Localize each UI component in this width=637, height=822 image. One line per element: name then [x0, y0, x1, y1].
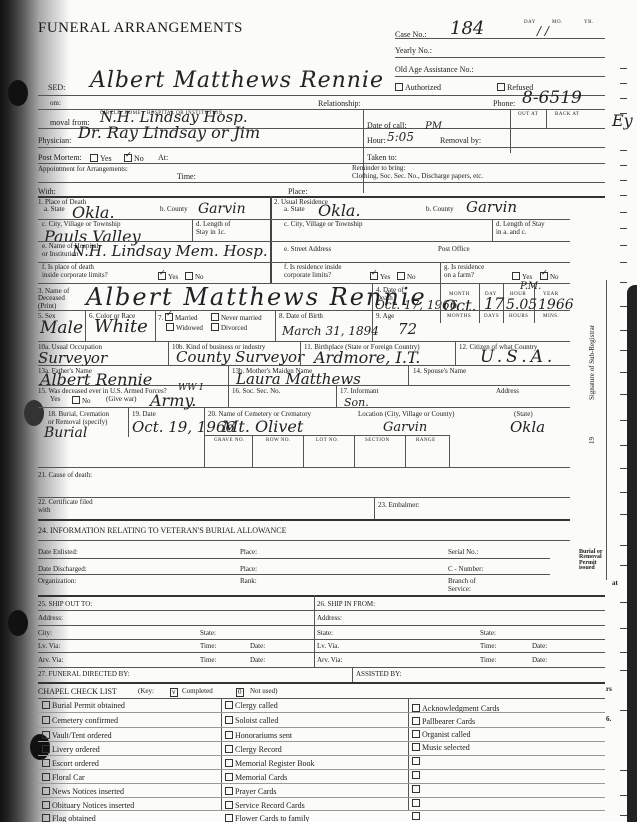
margin-tick [620, 565, 627, 566]
assisted-by-label: ASSISTED BY: [356, 671, 401, 678]
enlisted-place-label: Place: [240, 549, 257, 556]
age-label: 9. Age [376, 313, 394, 320]
checklist-item[interactable]: Pallbearer Cards [412, 717, 475, 726]
rule [270, 196, 272, 283]
checklist-item[interactable]: Honorariums sent [225, 731, 292, 740]
hour-value[interactable]: 5:05 [387, 131, 414, 143]
margin-tick [620, 628, 627, 629]
reminder-text: Clothing, Soc. Sec. No., Discharge paper… [352, 173, 483, 180]
checklist-item[interactable]: Service Record Cards [225, 801, 305, 810]
back-at-label: BACK AT [555, 112, 579, 117]
row-no-label: ROW NO. [266, 438, 291, 443]
checklist-item[interactable] [412, 757, 422, 766]
margin-tick [620, 602, 627, 603]
inside-limits-yes-checkbox[interactable]: Yes [158, 272, 178, 281]
hospital-value[interactable]: N.H. Lindsay Mem. Hosp. [72, 244, 268, 259]
yearly-no-label: Yearly No.: [395, 47, 432, 55]
post-office-label: Post Office [438, 246, 470, 253]
res-inside-yes-checkbox[interactable]: Yes [370, 272, 390, 281]
removal-by-label: Removal by: [440, 137, 481, 145]
ship-in-state-label: State: [317, 630, 333, 637]
farm-label: g. Is residence on a farm? [444, 264, 484, 279]
appointment-label: Appointment for Arrangements: [38, 166, 128, 173]
rule [275, 310, 276, 341]
margin-tick [620, 150, 627, 151]
case-no-value[interactable]: 184 [450, 20, 484, 38]
informant-label: 17. Informant [340, 388, 379, 395]
margin-tick [620, 545, 627, 546]
race-value[interactable]: White [94, 318, 148, 336]
checklist-heading: CHAPEL CHECK LIST [38, 688, 117, 696]
checklist-item[interactable]: Flower Cards to family [225, 814, 309, 822]
rule [440, 262, 441, 283]
rule [546, 109, 547, 128]
checklist-item[interactable]: Floral Car [42, 773, 85, 782]
mins-label: MINS. [543, 314, 559, 319]
divorced-checkbox[interactable]: Divorced [211, 323, 247, 332]
place-label: Place: [288, 188, 308, 196]
ship-out-lv-time-label: Time: [200, 643, 216, 650]
checklist-item[interactable]: Flag obtained [42, 814, 96, 822]
ship-in-state2-label: State: [480, 630, 496, 637]
appointment-time-label: Time: [177, 173, 196, 181]
rule [38, 574, 550, 575]
occupation-value[interactable]: Surveyor [38, 351, 107, 366]
checklist-item[interactable]: Burial Permit obtained [42, 701, 125, 710]
rule [374, 497, 375, 519]
res-county-value[interactable]: Garvin [466, 200, 517, 215]
organization-label: Organization: [38, 578, 76, 585]
res-length-label: d. Length of Stay in a. and c. [496, 221, 545, 236]
sub-registrar-label: Signature of Sub-Registrar [588, 325, 596, 400]
rule [395, 38, 605, 39]
range-label: RANGE [416, 438, 436, 443]
death-hour-suffix: P.M. [520, 282, 541, 292]
rule [395, 57, 605, 58]
ship-in-lv-via-label: Lv. Via. [317, 643, 339, 650]
rule [38, 667, 605, 668]
key-completed-glyph: v [170, 688, 178, 697]
certificate-label: 22. Certificate filed with [38, 499, 93, 514]
date19-value[interactable]: Oct. 19, 1966 [132, 420, 235, 435]
margin-tick [620, 350, 627, 351]
married-checkbox[interactable]: 7. Married [158, 313, 198, 322]
deceased-label: SED: [48, 84, 65, 92]
cemetery-state-label: (State) [514, 411, 533, 418]
checklist-item[interactable]: Escort ordered [42, 759, 99, 768]
ship-out-state-label: State: [200, 630, 216, 637]
rule [38, 810, 605, 811]
checklist-item[interactable]: Memorial Register Book [225, 759, 315, 768]
rule [440, 283, 441, 323]
rule [38, 365, 570, 366]
directed-by-label: 27. FUNERAL DIRECTED BY: [38, 671, 130, 678]
checklist-item[interactable] [412, 771, 422, 780]
ship-in-address-label: Address: [317, 615, 342, 622]
sex-value[interactable]: Male [40, 320, 83, 337]
checklist-item[interactable]: Clergy Record [225, 745, 282, 754]
rule [38, 182, 605, 183]
checklist-item[interactable] [412, 799, 422, 808]
margin-tick [620, 795, 627, 796]
authorized-checkbox[interactable]: Authorized [395, 83, 441, 92]
checklist-item[interactable]: Obituary Notices inserted [42, 801, 134, 810]
margin-tick [620, 670, 627, 671]
veteran-heading: 24. INFORMATION RELATING TO VETERAN'S BU… [38, 527, 286, 535]
margin-tick [620, 212, 627, 213]
rule [128, 407, 129, 437]
pm-yes-checkbox[interactable]: Yes [90, 154, 112, 163]
rule [38, 341, 570, 342]
hour-pm: PM [425, 122, 442, 132]
rule [38, 497, 570, 498]
deceased-value[interactable]: Albert Matthews Rennie [90, 70, 384, 92]
cause-label: 21. Cause of death: [38, 472, 92, 479]
rule [408, 365, 409, 385]
date19-label: 19. Date [132, 411, 156, 418]
armed-yes-checkbox[interactable]: Yes [50, 396, 60, 403]
rule [303, 435, 304, 467]
ship-in-lv-time-label: Time: [480, 643, 496, 650]
rule [38, 797, 605, 798]
rule [38, 783, 605, 784]
death-month-value[interactable]: Oct. [443, 298, 477, 314]
rule [38, 727, 605, 728]
rank-label: Rank: [240, 578, 257, 585]
hours-label: HOURS [509, 314, 528, 319]
margin-tick [620, 68, 627, 69]
binder-hole [24, 400, 44, 426]
armed-forces-label: 15. Was deceased ever in U.S. Armed Forc… [38, 388, 167, 395]
birthplace-value[interactable]: Ardmore, I.T. [314, 350, 420, 366]
rule [336, 385, 337, 407]
margin-tick [620, 652, 627, 653]
rule [38, 610, 605, 611]
rule [270, 241, 570, 242]
ship-out-arv-time-label: Time: [200, 657, 216, 664]
out-at-label: OUT AT [518, 112, 538, 117]
margin-tick [620, 180, 627, 181]
mo-label: MO. [552, 20, 563, 25]
inside-limits-no-checkbox[interactable]: No [185, 272, 204, 281]
rule [38, 712, 605, 713]
checklist-item[interactable]: Clergy called [225, 701, 278, 710]
margin-tick [620, 514, 627, 515]
armed-no-checkbox[interactable]: No [72, 396, 91, 405]
phone-value[interactable]: 8-6519 [522, 90, 582, 107]
embalmer-label: 23. Embalmer: [378, 502, 420, 509]
margin-tick [620, 330, 627, 331]
res-county-label: b. County [426, 206, 454, 213]
lot-no-label: LOT NO. [316, 438, 339, 443]
death-state-label: a. State [44, 206, 65, 213]
ship-in-arv-via-label: Arv. Via: [317, 657, 342, 664]
rule [38, 755, 605, 756]
margin-tick [620, 195, 627, 196]
margin-tick [620, 394, 627, 395]
citizen-value[interactable]: U.S.A. [480, 349, 556, 366]
rule [408, 698, 409, 810]
informant-address-label: Address [496, 388, 519, 395]
at-label: At: [158, 154, 168, 162]
rule [38, 147, 605, 148]
rule [449, 435, 450, 467]
dob-label: 8. Date of Birth [279, 313, 323, 320]
rule [228, 385, 229, 407]
phone-label: Phone: [493, 100, 515, 108]
rule [38, 163, 605, 164]
cemetery-state-value[interactable]: Okla [510, 420, 545, 435]
age-value[interactable]: 72 [398, 322, 417, 337]
margin-tick [620, 468, 627, 469]
rule [300, 341, 301, 365]
ship-in-arv-time-label: Time: [480, 657, 496, 664]
binder-hole [8, 80, 28, 106]
death-length-label: d. Length of Stay in 1c. [196, 221, 230, 236]
physician-value[interactable]: Dr. Ray Lindsay or Jim [78, 125, 260, 141]
ship-out-heading: 25. SHIP OUT TO: [38, 601, 92, 608]
days-label: DAYS [484, 314, 499, 319]
rule [38, 682, 605, 684]
relationship-label: Relationship: [318, 100, 361, 108]
rule [38, 310, 570, 311]
margin-tick [620, 815, 627, 816]
res-state-label: a. State [284, 206, 305, 213]
rule [38, 467, 570, 468]
checklist-item[interactable]: Cemetery confirmed [42, 716, 118, 725]
margin-tick [620, 245, 627, 246]
old-age-label: Old Age Assistance No.: [395, 66, 474, 74]
res-inside-label: f. Is residence inside corporate limits? [284, 264, 342, 279]
rule [252, 435, 253, 467]
rule [405, 435, 406, 467]
location-label: Location (City, Village or County) [358, 411, 454, 418]
ship-out-arv-date-label: Date: [250, 657, 265, 664]
section-label: SECTION [365, 438, 390, 443]
margin-tick [620, 165, 627, 166]
margin-tick [620, 228, 627, 229]
dob-value[interactable]: March 31, 1894 [282, 325, 379, 337]
rule [492, 219, 493, 241]
checklist-item[interactable]: Livery ordered [42, 745, 100, 754]
res-inside-no-checkbox[interactable]: No [397, 272, 416, 281]
ship-in-arv-date-label: Date: [532, 657, 547, 664]
branch-label: Branch of Service: [448, 578, 476, 593]
margin-rs: rs [606, 686, 612, 693]
rule [38, 540, 570, 541]
checklist-key-label: (Key: [138, 688, 154, 695]
rule [38, 652, 605, 653]
ship-out-arv-via-label: Arv. Via: [38, 657, 63, 664]
months-label: MONTHS [447, 314, 471, 319]
checklist-item[interactable] [412, 785, 422, 794]
margin-tick [620, 282, 627, 283]
date-discharged-label: Date Discharged: [38, 566, 87, 573]
location-value[interactable]: Garvin [383, 421, 427, 434]
rule [352, 667, 353, 682]
scan-shadow-right [627, 285, 637, 822]
checklist-item[interactable]: Prayer Cards [225, 787, 277, 796]
form-title: FUNERAL ARRANGEMENTS [38, 21, 243, 36]
ship-out-address-label: Address: [38, 615, 63, 622]
death-county-value[interactable]: Garvin [198, 202, 246, 216]
with-label: With: [38, 188, 56, 196]
ship-out-lv-via-label: Lv. Via: [38, 643, 60, 650]
rule [38, 407, 570, 408]
rule [38, 741, 605, 742]
binder-hole [8, 610, 28, 636]
rule [168, 341, 169, 365]
post-mortem-label: Post Mortem: [38, 154, 82, 162]
date-enlisted-label: Date Enlisted: [38, 549, 78, 556]
margin-nineteen: 19 [588, 437, 596, 444]
ship-in-lv-date-label: Date: [532, 643, 547, 650]
rule [38, 519, 570, 521]
rule [354, 435, 355, 467]
c-number-label: C - Number: [448, 566, 483, 573]
discharged-place-label: Place: [240, 566, 257, 573]
margin-tick [620, 710, 627, 711]
checklist-item[interactable] [412, 812, 422, 821]
rule [221, 698, 222, 810]
burial-permit-label: Burial or Removal Permit issued [579, 550, 603, 572]
give-war-label: (Give war) [106, 396, 137, 403]
res-city-label: c. City, Village or Township [284, 221, 362, 228]
ship-in-heading: 26. SHIP IN FROM: [317, 601, 375, 608]
margin-tick [620, 306, 627, 307]
checklist-item[interactable]: Soloist called [225, 716, 278, 725]
name-deceased-label: 3. Name of Deceased (Print) [38, 288, 69, 310]
rule [85, 310, 86, 341]
physician-label: Physician: [38, 137, 71, 145]
margin-tick [620, 113, 627, 114]
checklist-item[interactable]: Memorial Cards [225, 773, 287, 782]
rule [38, 595, 605, 597]
ship-out-city-label: City: [38, 630, 52, 637]
reminder-label: Reminder to bring: [352, 165, 405, 172]
key-not-used-glyph: 0 [236, 688, 244, 697]
widowed-checkbox[interactable]: Widowed [166, 323, 203, 332]
margin-tick [620, 420, 627, 421]
margin-tick [620, 83, 627, 84]
margin-tick [620, 445, 627, 446]
margin-tick [620, 770, 627, 771]
res-state-value[interactable]: Okla. [318, 203, 361, 219]
rule [38, 558, 550, 559]
farm-yes-checkbox[interactable]: Yes [512, 272, 532, 281]
margin-at: at [612, 580, 618, 587]
cemetery-value[interactable]: Mt. Olivet [222, 419, 303, 435]
checklist-item[interactable]: Music selected [412, 743, 470, 752]
date-slashes: / / [537, 25, 549, 37]
rule [363, 109, 364, 193]
rule [455, 341, 456, 365]
margin-tick [620, 98, 627, 99]
day-label: DAY [524, 20, 536, 25]
grave-no-label: GRAVE NO. [214, 438, 245, 443]
rule [204, 435, 449, 436]
checklist-item[interactable]: Vault/Tent ordered [42, 731, 112, 740]
margin-initials: Ey [612, 113, 633, 129]
ssn-label: 16. Soc. Sec. No. [232, 388, 280, 395]
rule [155, 310, 156, 341]
business-value[interactable]: County Surveyor [176, 350, 304, 365]
spouse-label: 14. Spouse's Name [413, 368, 466, 375]
from-label: om: [50, 100, 61, 107]
taken-to-label: Taken to: [367, 154, 397, 162]
rule [314, 595, 315, 667]
never-married-checkbox[interactable]: Never married [211, 313, 262, 322]
rule [204, 407, 205, 467]
key-not-used-label: Not used) [250, 688, 277, 695]
rule [38, 625, 605, 626]
margin-tick [620, 492, 627, 493]
yr-label: YR. [584, 20, 594, 25]
pm-no-checkbox[interactable]: No [124, 154, 144, 163]
margin-six: 6. [606, 716, 611, 723]
rule [38, 95, 605, 96]
death-county-label: b. County [160, 206, 188, 213]
rule [38, 698, 605, 699]
rule [192, 219, 193, 241]
rule [38, 639, 605, 640]
farm-no-checkbox[interactable]: No [540, 272, 559, 281]
serial-no-label: Serial No.: [448, 549, 478, 556]
checklist-item[interactable]: News Notices inserted [42, 787, 124, 796]
hour-label: Hour: [367, 137, 386, 145]
inside-limits-label: f. Is place of death inside corporate li… [42, 264, 108, 279]
street-label: e. Street Address [284, 246, 331, 253]
margin-rule [606, 280, 607, 580]
ship-out-lv-date-label: Date: [250, 643, 265, 650]
margin-tick [620, 372, 627, 373]
rule [38, 769, 605, 770]
key-completed-label: Completed [182, 688, 213, 695]
rule [479, 283, 480, 323]
margin-tick [620, 262, 627, 263]
rule [395, 76, 605, 77]
rule [228, 365, 229, 385]
checklist-item[interactable]: Organist called [412, 730, 471, 739]
burial-value[interactable]: Burial [44, 426, 87, 440]
rule [38, 385, 570, 386]
